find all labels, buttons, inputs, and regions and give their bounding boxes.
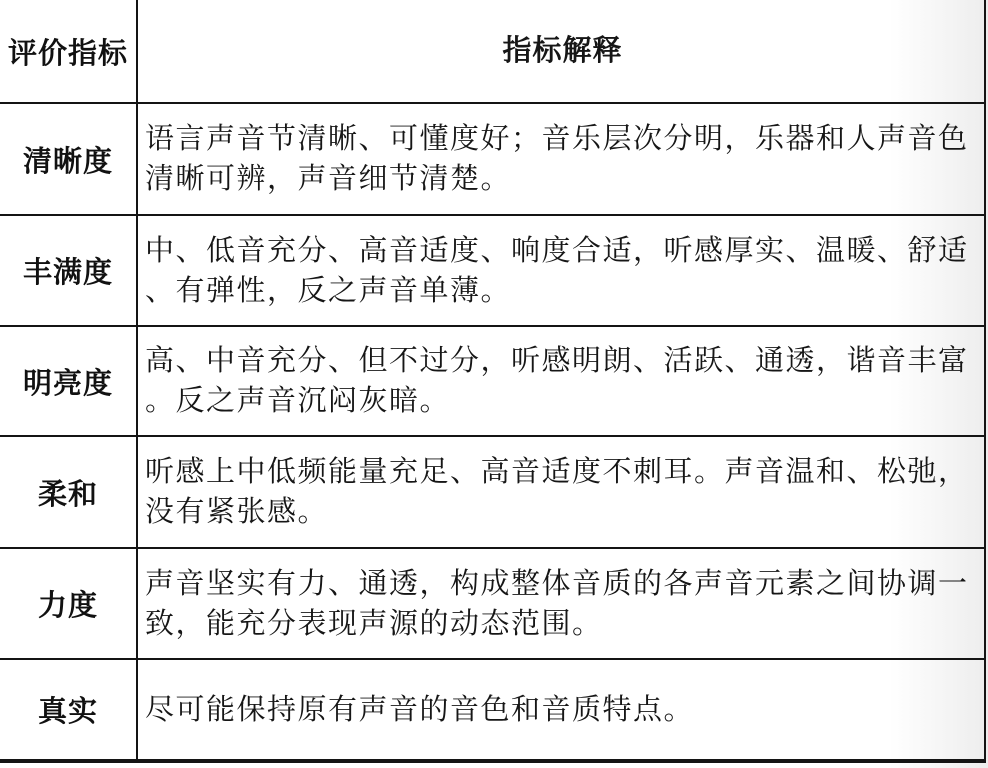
table-row-strength: 力度 声音坚实有力、通透，构成整体音质的各声音元素之间协调一 致，能充分表现声源… <box>0 549 984 660</box>
explanation-cell: 听感上中低频能量充足、高音适度不刺耳。声音温和、松弛， 没有紧张感。 <box>138 450 984 534</box>
header-metric: 评价指标 <box>0 0 138 102</box>
table-row-realness: 真实 尽可能保持原有声音的音色和音质特点。 <box>0 660 984 763</box>
table-row-brightness: 明亮度 高、中音充分、但不过分，听感明朗、活跃、通透，谐音丰富 。反之声音沉闷灰… <box>0 327 984 437</box>
audio-quality-metrics-table: 评价指标 指标解释 清晰度 语言声音节清晰、可懂度好；音乐层次分明，乐器和人声音… <box>0 0 986 763</box>
metric-cell: 明亮度 <box>0 327 138 435</box>
metric-cell: 丰满度 <box>0 216 138 325</box>
table-header-row: 评价指标 指标解释 <box>0 0 984 104</box>
metric-cell: 真实 <box>0 660 138 759</box>
header-explanation: 指标解释 <box>138 29 984 73</box>
explanation-cell: 高、中音充分、但不过分，听感明朗、活跃、通透，谐音丰富 。反之声音沉闷灰暗。 <box>138 339 984 423</box>
metric-cell: 柔和 <box>0 437 138 547</box>
explanation-cell: 声音坚实有力、通透，构成整体音质的各声音元素之间协调一 致，能充分表现声源的动态… <box>138 562 984 646</box>
metric-cell: 力度 <box>0 549 138 658</box>
explanation-cell: 中、低音充分、高音适度、响度合适，听感厚实、温暖、舒适 、有弹性，反之声音单薄。 <box>138 229 984 313</box>
document-page: 评价指标 指标解释 清晰度 语言声音节清晰、可懂度好；音乐层次分明，乐器和人声音… <box>0 0 988 768</box>
metric-cell: 清晰度 <box>0 104 138 214</box>
explanation-cell: 尽可能保持原有声音的音色和音质特点。 <box>138 688 984 732</box>
explanation-cell: 语言声音节清晰、可懂度好；音乐层次分明，乐器和人声音色 清晰可辨，声音细节清楚。 <box>138 117 984 201</box>
table-row-fullness: 丰满度 中、低音充分、高音适度、响度合适，听感厚实、温暖、舒适 、有弹性，反之声… <box>0 216 984 327</box>
table-row-softness: 柔和 听感上中低频能量充足、高音适度不刺耳。声音温和、松弛， 没有紧张感。 <box>0 437 984 549</box>
table-row-clarity: 清晰度 语言声音节清晰、可懂度好；音乐层次分明，乐器和人声音色 清晰可辨，声音细… <box>0 104 984 216</box>
